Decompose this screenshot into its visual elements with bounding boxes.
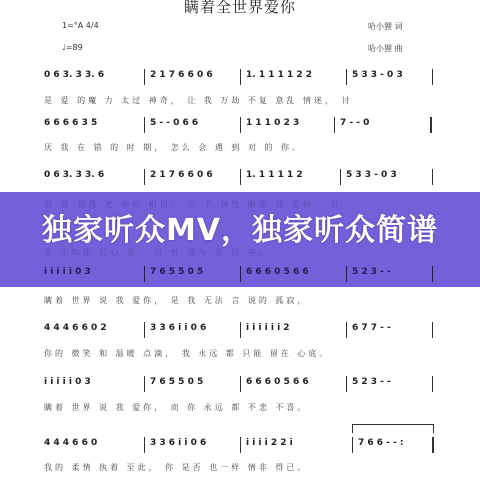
measure: 2 1 7 6 6 0 6	[150, 70, 213, 84]
notation-row: 0 6 3. 3 3. 6 2 1 7 6 6 0 6 1. 1 1 1 1 2…	[44, 170, 444, 184]
bar-line	[432, 376, 433, 392]
measure: i i i i 2 2 i	[246, 438, 293, 452]
composer-credit: 哈小狸 曲	[368, 43, 403, 54]
notation-row: 6 6 6 6 3 5 5 - - 0 6 6 1 1 1 0 2 3 7 - …	[44, 118, 444, 132]
bar-line	[240, 322, 241, 338]
measure: 7 - - 0	[340, 118, 369, 132]
lyrics-row: 瞒着 世界 说 我 爱你， 是 我 无法 言 说的 孤寂，	[44, 295, 444, 307]
measure: 6 6 6 6 3 5	[44, 118, 97, 132]
measure: 5 3 3 - 0 3	[352, 70, 403, 84]
measure: 6 6 6 0 5 6 6	[246, 377, 309, 391]
measure: 0 6 3. 3 3. 6	[44, 170, 104, 184]
lyrics-row: 是 爱 的魔 力 太过 神奇， 让 我 万劫 不复 意乱 情迷， 讨	[44, 95, 444, 107]
banner-headline: 独家听众MV，独家听众简谱	[0, 205, 480, 249]
lyrics-row: 我的 柔情 执着 至此， 你 是否 也一样 情非 得已。	[44, 462, 444, 474]
measure: 3 3 6 i i 0 6	[150, 323, 206, 337]
notation-row: i i i i i 0 3 7 6 5 5 0 5 6 6 6 0 5 6 6 …	[44, 377, 444, 391]
bar-line	[144, 169, 145, 185]
bar-line	[346, 322, 347, 338]
bar-line	[240, 169, 241, 185]
key-signature: 1=°A 4/4	[62, 21, 99, 30]
measure: 4 4 4 6 6 0	[44, 438, 97, 452]
bar-line	[240, 69, 241, 85]
measure: 5 3 3 - 0 3	[346, 170, 397, 184]
bar-line	[346, 376, 347, 392]
measure: 6 6 6 0 5 6 6	[246, 267, 309, 281]
bar-line	[144, 376, 145, 392]
notation-row: 4 4 4 6 6 0 3 3 6 i i 0 6 i i i i 2 2 i …	[44, 438, 444, 452]
bar-line	[144, 437, 145, 453]
measure: 6 7 7 - -	[352, 323, 391, 337]
bar-line	[240, 266, 241, 282]
measure: i i i i i i 2	[246, 323, 290, 337]
bar-line	[432, 169, 433, 185]
bar-line	[346, 69, 347, 85]
notation-row: 4 4 4 6 6 0 2 3 3 6 i i 0 6 i i i i i i …	[44, 323, 444, 337]
bar-line	[144, 266, 145, 282]
song-title: 瞒着全世界爱你	[0, 0, 480, 17]
notation-row: i i i i i 0 3 7 6 5 5 0 5 6 6 6 0 5 6 6 …	[44, 267, 444, 281]
bar-line	[340, 169, 341, 185]
bar-line	[240, 117, 241, 133]
measure: 5 2 3 - -	[352, 267, 391, 281]
measure: 7 6 5 5 0 5	[150, 267, 203, 281]
repeat-bar-line	[432, 437, 434, 453]
lyrics-row: 你的 微笑 和 温暖 点滴， 我 永远 都 只能 留在 心底。	[44, 348, 444, 360]
measure: i i i i i 0 3	[44, 377, 91, 391]
bar-line	[432, 322, 433, 338]
measure: i i i i i 0 3	[44, 267, 91, 281]
bar-line	[334, 117, 335, 133]
lyricist-credit: 哈小狸 词	[368, 21, 403, 32]
bar-line	[240, 437, 241, 453]
bar-line	[144, 69, 145, 85]
bar-line	[144, 117, 145, 133]
measure: 1 1 1 0 2 3	[246, 118, 299, 132]
measure: 1. 1 1 1 1 2	[246, 170, 303, 184]
lyrics-row: 厌 我 在 错 的 时 期， 怎么 会 遇 到 对 的 你。	[44, 142, 444, 154]
measure: 7 6 5 5 0 5	[150, 377, 203, 391]
bar-line	[346, 266, 347, 282]
volta-bracket	[352, 424, 434, 433]
bar-line	[144, 322, 145, 338]
measure: 4 4 4 6 6 0 2	[44, 323, 107, 337]
bar-line	[432, 266, 433, 282]
measure: 0 6 3. 3 3. 6	[44, 70, 104, 84]
tempo-marking: ♩=89	[62, 43, 83, 52]
measure: 5 - - 0 6 6	[150, 118, 198, 132]
measure: 3 3 6 i i 0 6	[150, 438, 206, 452]
measure: 2 1 7 6 6 0 6	[150, 170, 213, 184]
measure: 7 6 6 - - :	[358, 438, 404, 452]
repeat-bar-line	[430, 117, 432, 133]
bar-line	[352, 437, 353, 453]
measure: 5 2 3 - -	[352, 377, 391, 391]
bar-line	[432, 69, 433, 85]
notation-row: 0 6 3. 3 3. 6 2 1 7 6 6 0 6 1. 1 1 1 1 2…	[44, 70, 444, 84]
measure: 1. 1 1 1 1 2 2	[246, 70, 312, 84]
bar-line	[240, 376, 241, 392]
lyrics-row: 瞒着 世界 说 我 爱你， 而 你 永远 都 不悲 不喜。	[44, 402, 444, 414]
